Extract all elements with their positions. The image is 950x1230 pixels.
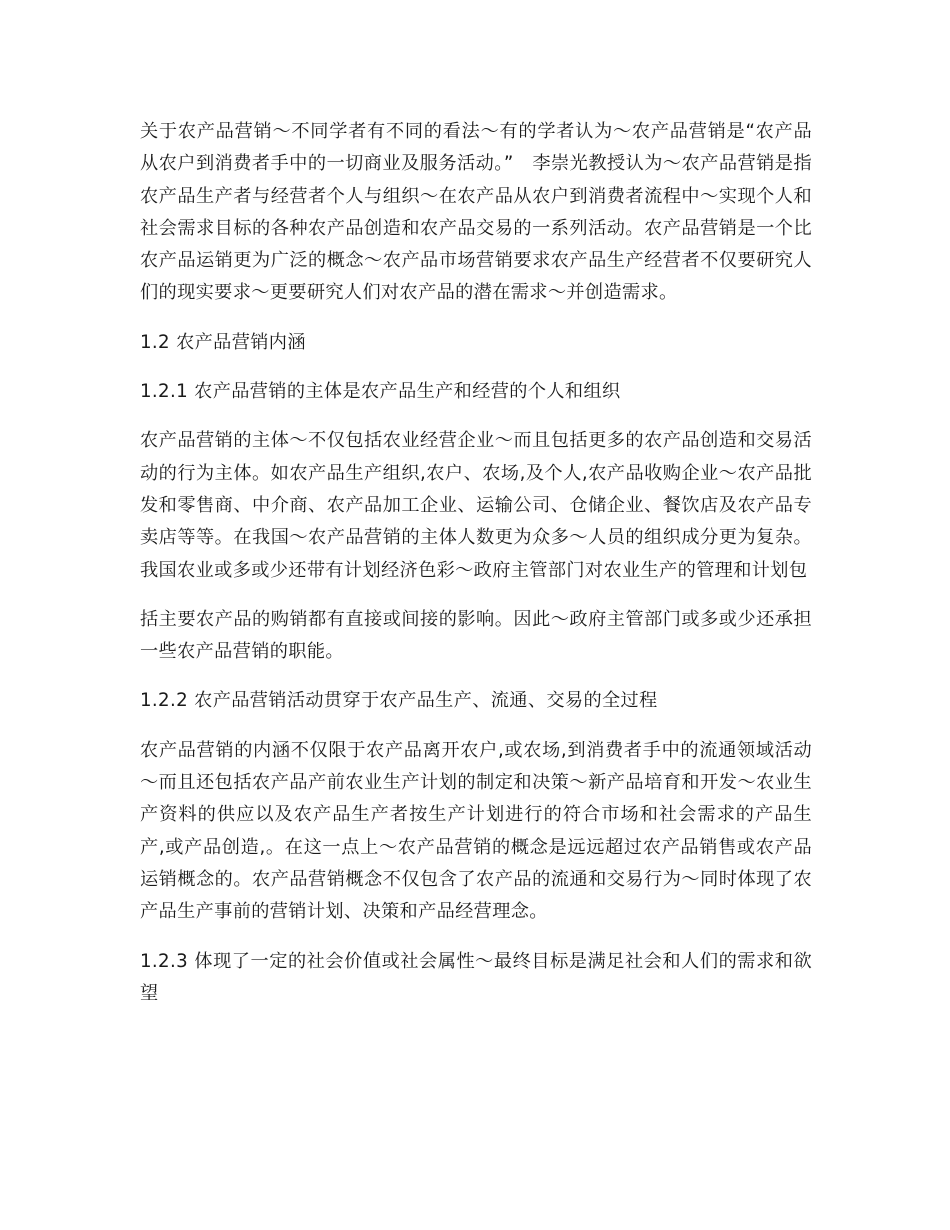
intro-paragraph: 关于农产品营销～不同学者有不同的看法～有的学者认为～农产品营销是“农产品从农户到… — [140, 116, 812, 310]
marketing-subject-paragraph: 农产品营销的主体～不仅包括农业经营企业～而且包括更多的农产品创造和交易活动的行为… — [140, 425, 812, 586]
section-heading-1-2: 1.2 农产品营销内涵 — [140, 327, 812, 359]
section-heading-1-2-2: 1.2.2 农产品营销活动贯穿于农产品生产、流通、交易的全过程 — [140, 685, 812, 717]
marketing-scope-paragraph: 农产品营销的内涵不仅限于农产品离开农户,或农场,到消费者手中的流通领域活动～而且… — [140, 735, 812, 929]
section-heading-1-2-1: 1.2.1 农产品营销的主体是农产品生产和经营的个人和组织 — [140, 376, 812, 408]
document-page: 关于农产品营销～不同学者有不同的看法～有的学者认为～农产品营销是“农产品从农户到… — [140, 116, 812, 1010]
government-role-paragraph: 括主要农产品的购销都有直接或间接的影响。因此～政府主管部门或多或少还承担一些农产… — [140, 604, 812, 669]
section-heading-1-2-3: 1.2.3 体现了一定的社会价值或社会属性～最终目标是满足社会和人们的需求和欲望 — [140, 946, 812, 1011]
